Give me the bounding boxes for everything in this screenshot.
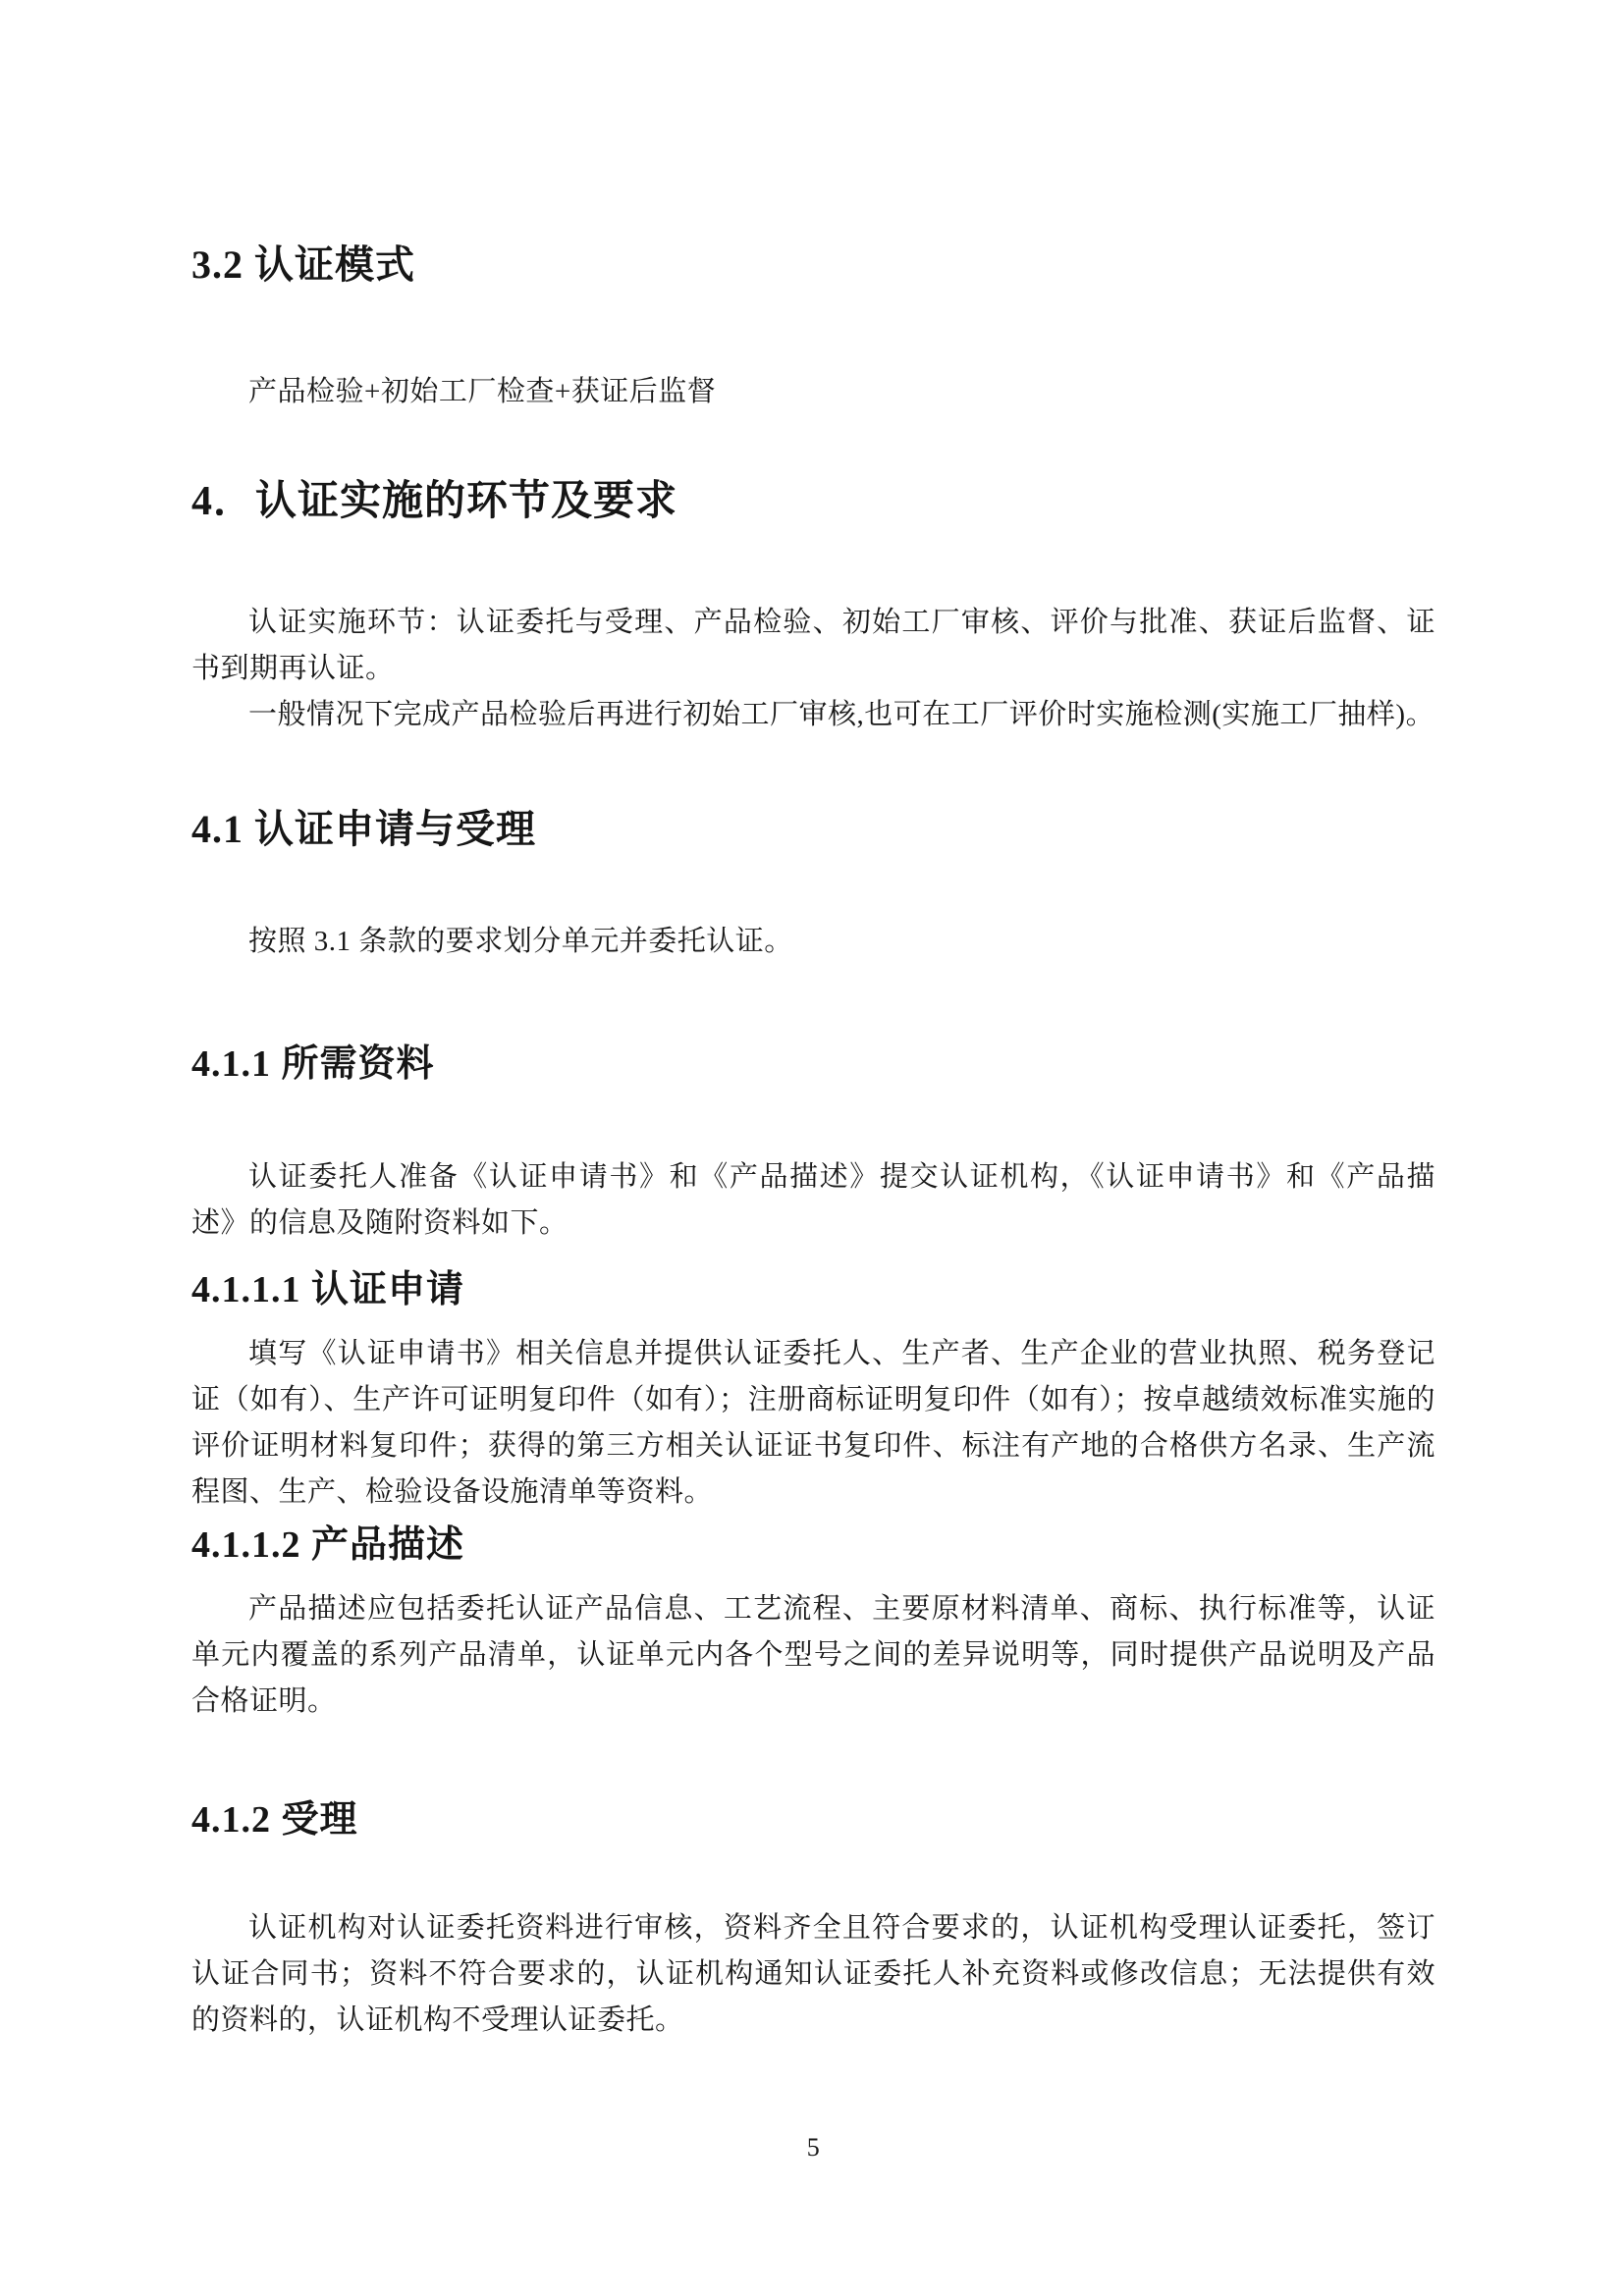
section-heading-4-1-2: 4.1.2 受理: [191, 1797, 1435, 1842]
paragraph-certification-application: 填写《认证申请书》相关信息并提供认证委托人、生产者、生产企业的营业执照、税务登记…: [191, 1331, 1435, 1516]
page-number: 5: [191, 2132, 1435, 2163]
section-heading-4-1: 4.1 认证申请与受理: [191, 806, 1435, 853]
section-heading-3-2: 3.2 认证模式: [191, 241, 1435, 289]
paragraph-acceptance-review: 认证机构对认证委托资料进行审核，资料齐全且符合要求的，认证机构受理认证委托，签订…: [191, 1905, 1435, 2044]
section-heading-4-1-1-2: 4.1.1.2 产品描述: [191, 1522, 1435, 1568]
paragraph-certification-mode: 产品检验+初始工厂检查+获证后监督: [191, 369, 1435, 415]
paragraph-implementation-note: 一般情况下完成产品检验后再进行初始工厂审核,也可在工厂评价时实施检测(实施工厂抽…: [191, 692, 1435, 738]
document-page: 3.2 认证模式 产品检验+初始工厂检查+获证后监督 4．认证实施的环节及要求 …: [0, 0, 1624, 2296]
paragraph-implementation-steps: 认证实施环节：认证委托与受理、产品检验、初始工厂审核、评价与批准、获证后监督、证…: [191, 600, 1435, 692]
paragraph-application-acceptance: 按照 3.1 条款的要求划分单元并委托认证。: [191, 919, 1435, 965]
paragraph-required-materials: 认证委托人准备《认证申请书》和《产品描述》提交认证机构，《认证申请书》和《产品描…: [191, 1154, 1435, 1247]
section-heading-4-1-1-1: 4.1.1.1 认证申请: [191, 1267, 1435, 1312]
section-heading-4-1-1: 4.1.1 所需资料: [191, 1041, 1435, 1087]
paragraph-product-description: 产品描述应包括委托认证产品信息、工艺流程、主要原材料清单、商标、执行标准等，认证…: [191, 1586, 1435, 1725]
section-heading-4: 4．认证实施的环节及要求: [191, 477, 1435, 526]
